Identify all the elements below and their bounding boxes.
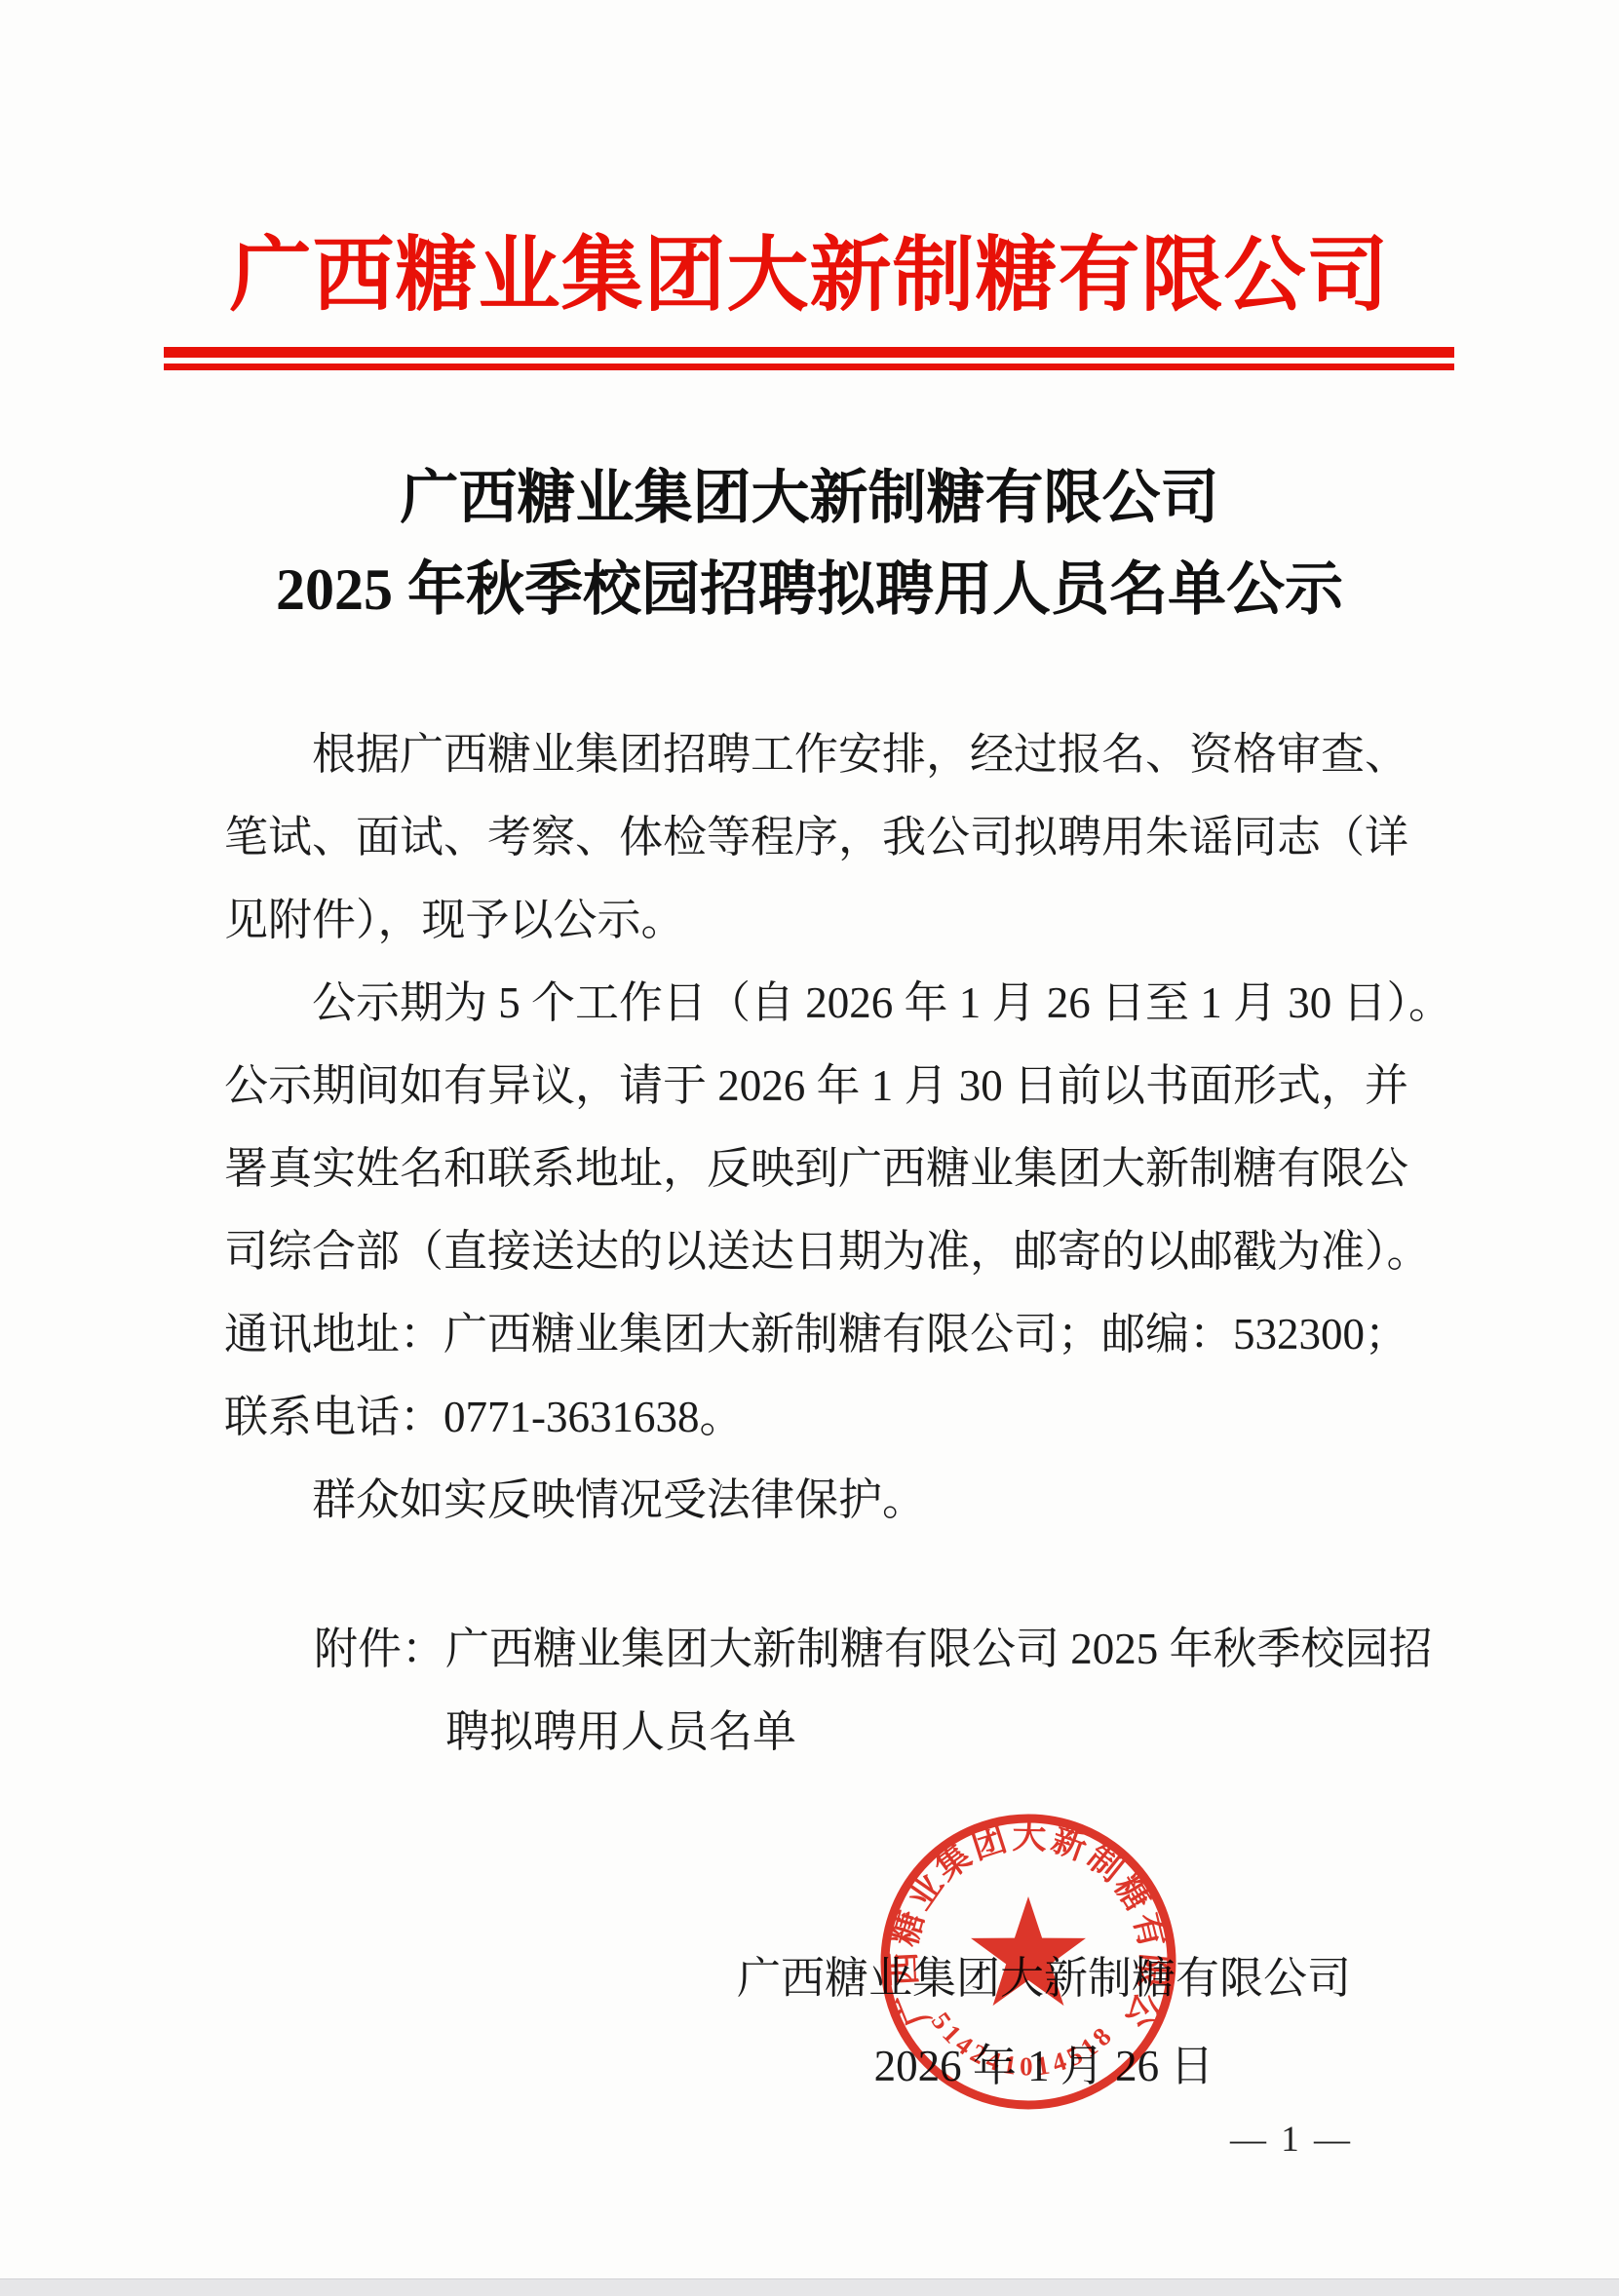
attachment-note: 附件： 广西糖业集团大新制糖有限公司 2025 年秋季校园招 聘拟聘用人员名单 — [314, 1608, 1433, 1774]
body-line: 司综合部（直接送达的以送达日期为准，邮寄的以邮戳为准）。 — [224, 1210, 1452, 1293]
body-line: 群众如实反映情况受法律保护。 — [224, 1459, 1452, 1542]
signature-company-name: 广西糖业集团大新制糖有限公司 — [737, 1953, 1351, 2004]
document-title-line1: 广西糖业集团大新制糖有限公司 — [0, 452, 1619, 544]
attachment-line2: 聘拟聘用人员名单 — [445, 1691, 1433, 1774]
body-line: 署真实姓名和联系地址，反映到广西糖业集团大新制糖有限公 — [224, 1128, 1452, 1210]
body-line: 通讯地址：广西糖业集团大新制糖有限公司；邮编：532300； — [224, 1293, 1452, 1376]
document-page: 广西糖业集团大新制糖有限公司 广西糖业集团大新制糖有限公司 2025 年秋季校园… — [0, 0, 1619, 2296]
body-line: 笔试、面试、考察、体检等程序，我公司拟聘用朱谣同志（详 — [224, 796, 1452, 879]
body-line: 公示期间如有异议，请于 2026 年 1 月 30 日前以书面形式，并 — [224, 1045, 1452, 1128]
body-line: 根据广西糖业集团招聘工作安排，经过报名、资格审查、 — [224, 713, 1452, 796]
body-text: 根据广西糖业集团招聘工作安排，经过报名、资格审查、 笔试、面试、考察、体检等程序… — [224, 713, 1452, 1542]
body-line: 见附件），现予以公示。 — [224, 879, 1452, 962]
letterhead-company-name: 广西糖业集团大新制糖有限公司 — [0, 226, 1619, 327]
attachment-content: 广西糖业集团大新制糖有限公司 2025 年秋季校园招 聘拟聘用人员名单 — [445, 1608, 1433, 1774]
body-line: 公示期为 5 个工作日（自 2026 年 1 月 26 日至 1 月 30 日）… — [224, 962, 1452, 1045]
attachment-line1: 广西糖业集团大新制糖有限公司 2025 年秋季校园招 — [445, 1608, 1433, 1691]
signature-date: 2026 年 1 月 26 日 — [737, 2041, 1351, 2091]
letterhead-rule-thick — [164, 347, 1454, 358]
document-title: 广西糖业集团大新制糖有限公司 2025 年秋季校园招聘拟聘用人员名单公示 — [0, 452, 1619, 635]
document-title-line2: 2025 年秋季校园招聘拟聘用人员名单公示 — [0, 544, 1619, 635]
page-number: — 1 — — [1230, 2119, 1353, 2161]
body-line: 联系电话：0771-3631638。 — [224, 1376, 1452, 1459]
scan-bottom-edge — [0, 2278, 1619, 2296]
attachment-label: 附件： — [314, 1608, 445, 1774]
letterhead-rule-thin — [164, 364, 1454, 370]
